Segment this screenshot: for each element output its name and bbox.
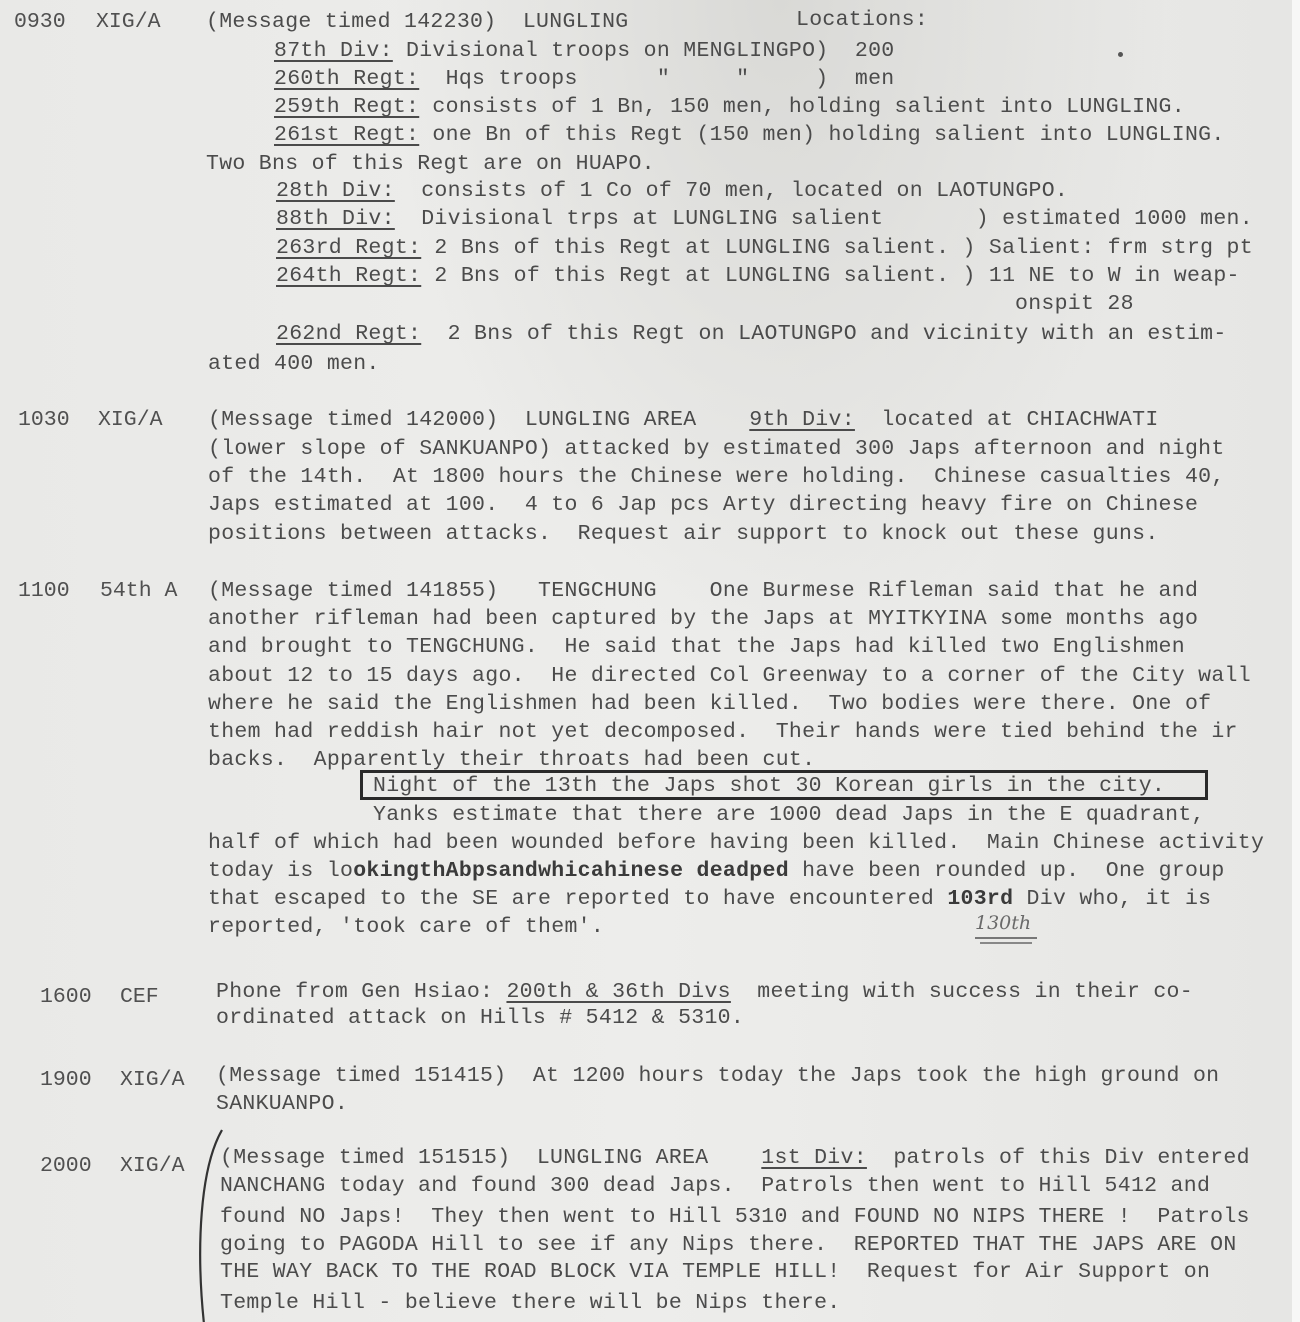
entry-text: found NO Japs! They then went to Hill 53…: [220, 1203, 1250, 1231]
entry-source: 54th A: [100, 577, 177, 605]
entry-text: ordinated attack on Hills # 5412 & 5310.: [216, 1004, 744, 1032]
unit-row: 28th Div: consists of 1 Co of 70 men, lo…: [276, 177, 1068, 205]
unit-text: consists of 1 Co of 70 men, located on L…: [395, 179, 1068, 203]
entry-text: Temple Hill - believe there will be Nips…: [220, 1289, 841, 1317]
entry-text: (Message timed 151415) At 1200 hours tod…: [216, 1062, 1219, 1090]
entry-source: CEF: [120, 983, 159, 1011]
entry-text: today is lookingthAbpsandwhicahinese dea…: [208, 857, 1225, 885]
unit-text: 2 Bns of this Regt at LUNGLING salient. …: [421, 236, 1253, 260]
entry-text: Two Bns of this Regt are on HUAPO.: [206, 150, 655, 178]
unit-text: Hqs troops " " ) men: [419, 67, 894, 91]
entry-text: SANKUANPO.: [216, 1090, 348, 1118]
entry-source: XIG/A: [98, 406, 163, 434]
entry-text-part: Phone from Gen Hsiao:: [216, 980, 506, 1004]
unit-label: 264th Regt:: [276, 264, 421, 288]
entry-text-part: have been rounded up. One group: [789, 859, 1225, 883]
entry-text: about 12 to 15 days ago. He directed Col…: [208, 662, 1251, 690]
unit-label: 1st Div:: [761, 1146, 867, 1170]
entry-text: Yanks estimate that there are 1000 dead …: [373, 801, 1205, 829]
entry-source: XIG/A: [96, 8, 161, 36]
unit-label: 28th Div:: [276, 179, 395, 203]
entry-text: half of which had been wounded before ha…: [208, 829, 1264, 857]
unit-label: 259th Regt:: [274, 95, 419, 119]
entry-text: (Message timed 142230) LUNGLING: [206, 8, 628, 36]
unit-row: 87th Div: Divisional troops on MENGLINGP…: [274, 37, 895, 65]
entry-time: 1100: [18, 577, 70, 605]
unit-text: consists of 1 Bn, 150 men, holding salie…: [419, 95, 1185, 119]
entry-text-part: patrols of this Div entered: [867, 1146, 1250, 1170]
unit-label: 88th Div:: [276, 207, 395, 231]
page-edge: [1292, 0, 1300, 1322]
unit-row: 260th Regt: Hqs troops " " ) men: [274, 65, 895, 93]
handwritten-underline: [980, 942, 1032, 944]
entry-text: ated 400 men.: [208, 350, 380, 378]
unit-label: 9th Div:: [749, 408, 855, 432]
handwritten-underline: [975, 937, 1037, 939]
boxed-text: Night of the 13th the Japs shot 30 Korea…: [373, 772, 1165, 800]
unit-row: 261st Regt: one Bn of this Regt (150 men…: [274, 121, 1225, 149]
entry-text: going to PAGODA Hill to see if any Nips …: [220, 1231, 1237, 1259]
unit-row: 262nd Regt: 2 Bns of this Regt on LAOTUN…: [276, 320, 1227, 348]
unit-text: Divisional troops on MENGLINGPO) 200: [393, 39, 895, 63]
overtyped-text: 103rd: [947, 887, 1013, 911]
entry-text: (Message timed 142000) LUNGLING AREA 9th…: [208, 406, 1159, 434]
entry-text: (Message timed 151515) LUNGLING AREA 1st…: [220, 1144, 1250, 1172]
unit-text: one Bn of this Regt (150 men) holding sa…: [419, 123, 1224, 147]
entry-source: XIG/A: [120, 1152, 185, 1180]
unit-label: 200th & 36th Divs: [506, 980, 730, 1004]
unit-label: 261st Regt:: [274, 123, 419, 147]
entry-text: of the 14th. At 1800 hours the Chinese w…: [208, 463, 1225, 491]
entry-text: and brought to TENGCHUNG. He said that t…: [208, 633, 1185, 661]
entry-text: Japs estimated at 100. 4 to 6 Jap pcs Ar…: [208, 491, 1198, 519]
unit-text: Divisional trps at LUNGLING salient ) es…: [395, 207, 1253, 231]
unit-row: 263rd Regt: 2 Bns of this Regt at LUNGLI…: [276, 234, 1253, 262]
locations-heading: Locations:: [796, 6, 928, 34]
entry-time: 2000: [40, 1152, 92, 1180]
entry-text: reported, 'took care of them'.: [208, 913, 604, 941]
unit-text: 2 Bns of this Regt on LAOTUNGPO and vici…: [421, 322, 1226, 346]
entry-source: XIG/A: [120, 1066, 185, 1094]
unit-label: 263rd Regt:: [276, 236, 421, 260]
entry-text: them had reddish hair not yet decomposed…: [208, 718, 1238, 746]
unit-row: 259th Regt: consists of 1 Bn, 150 men, h…: [274, 93, 1185, 121]
entry-text: onspit 28: [1015, 290, 1134, 318]
entry-time: 1900: [40, 1066, 92, 1094]
document-page: 0930 XIG/A (Message timed 142230) LUNGLI…: [0, 0, 1300, 1322]
entry-text-part: today is lo: [208, 859, 353, 883]
overtyped-text: okingthAbpsandwhicahinese: [353, 859, 683, 883]
unit-label: 87th Div:: [274, 39, 393, 63]
handwritten-correction: 130th: [975, 912, 1031, 934]
entry-text: that escaped to the SE are reported to h…: [208, 885, 1211, 913]
unit-label: 262nd Regt:: [276, 322, 421, 346]
entry-text: (Message timed 141855) TENGCHUNG One Bur…: [208, 577, 1198, 605]
overtyped-text: deadped: [683, 859, 789, 883]
unit-label: 260th Regt:: [274, 67, 419, 91]
entry-text-part: that escaped to the SE are reported to h…: [208, 887, 947, 911]
unit-row: 264th Regt: 2 Bns of this Regt at LUNGLI…: [276, 262, 1240, 290]
ink-speck: [1118, 52, 1123, 57]
entry-text-part: located at CHIACHWATI: [855, 408, 1159, 432]
unit-row: 88th Div: Divisional trps at LUNGLING sa…: [276, 205, 1253, 233]
entry-text-part: (Message timed 142000) LUNGLING AREA: [208, 408, 749, 432]
entry-text: NANCHANG today and found 300 dead Japs. …: [220, 1172, 1210, 1200]
entry-time: 1030: [18, 406, 70, 434]
entry-text-part: Div who, it is: [1013, 887, 1211, 911]
entry-time: 1600: [40, 983, 92, 1011]
entry-text: Phone from Gen Hsiao: 200th & 36th Divs …: [216, 978, 1193, 1006]
entry-text: where he said the Englishmen had been ki…: [208, 690, 1211, 718]
entry-text: another rifleman had been captured by th…: [208, 605, 1198, 633]
entry-text-part: (Message timed 151515) LUNGLING AREA: [220, 1146, 761, 1170]
entry-text-part: meeting with success in their co-: [731, 980, 1193, 1004]
entry-text: (lower slope of SANKUANPO) attacked by e…: [208, 435, 1225, 463]
unit-text: 2 Bns of this Regt at LUNGLING salient. …: [421, 264, 1240, 288]
entry-text: positions between attacks. Request air s…: [208, 520, 1159, 548]
entry-time: 0930: [14, 8, 66, 36]
entry-text: THE WAY BACK TO THE ROAD BLOCK VIA TEMPL…: [220, 1258, 1210, 1286]
